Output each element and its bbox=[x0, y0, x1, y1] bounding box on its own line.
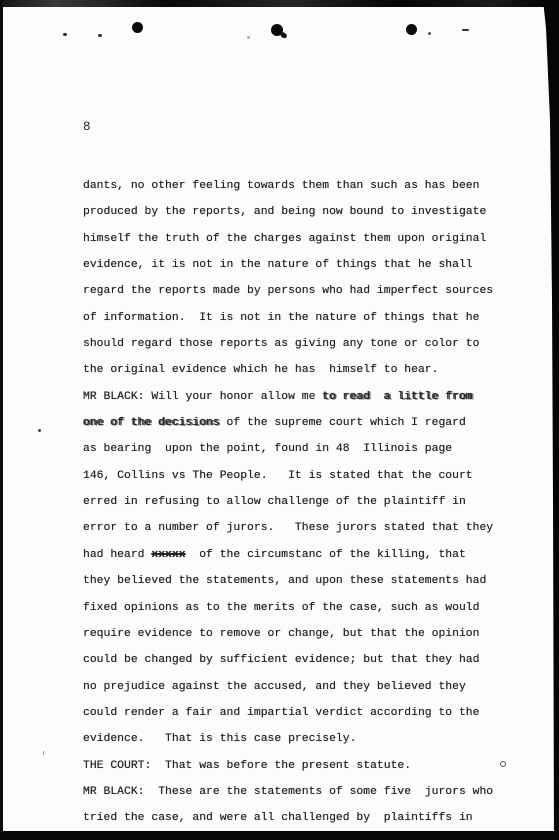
transcript-line: could render a fair and impartial verdic… bbox=[83, 700, 533, 726]
struck-out-text: xxxxx bbox=[151, 549, 185, 561]
transcript-text: 146, Collins vs The People. It is stated… bbox=[83, 470, 473, 482]
transcript-text: of the supreme court which I regard bbox=[220, 417, 466, 429]
scan-edge-left bbox=[0, 0, 3, 840]
transcript-line: fixed opinions as to the merits of the c… bbox=[83, 595, 533, 621]
punch-dot-left bbox=[132, 22, 143, 33]
transcript-line: evidence, it is not in the nature of thi… bbox=[83, 252, 533, 278]
transcript-text: dants, no other feeling towards them tha… bbox=[83, 180, 479, 192]
transcript-line: dants, no other feeling towards them tha… bbox=[83, 173, 533, 199]
transcript-lines: dants, no other feeling towards them tha… bbox=[83, 173, 533, 832]
scan-edge-top bbox=[0, 0, 559, 7]
transcript-text: had heard bbox=[83, 549, 151, 561]
transcript-line: should regard those reports as giving an… bbox=[83, 331, 533, 357]
transcript-text: regard the reports made by persons who h… bbox=[83, 285, 493, 297]
transcript-line: error to a number of jurors. These juror… bbox=[83, 515, 533, 541]
transcript-line: the original evidence which he has himse… bbox=[83, 357, 533, 383]
transcript-text: should regard those reports as giving an… bbox=[83, 338, 479, 350]
transcript-text: no prejudice against the accused, and th… bbox=[83, 681, 466, 693]
transcript-text: produced by the reports, and being now b… bbox=[83, 206, 486, 218]
transcript-line: 146, Collins vs The People. It is stated… bbox=[83, 463, 533, 489]
transcript-text: of information. It is not in the nature … bbox=[83, 312, 479, 324]
transcript-line: tried the case, and were all challenged … bbox=[83, 805, 533, 831]
transcript-line: as bearing upon the point, found in 48 I… bbox=[83, 436, 533, 462]
ink-speck bbox=[247, 36, 250, 39]
transcript-text: the original evidence which he has himse… bbox=[83, 364, 438, 376]
transcript-text: they believed the statements, and upon t… bbox=[83, 575, 486, 587]
ink-smudge-tail bbox=[280, 32, 288, 40]
transcript-text: could be changed by sufficient evidence;… bbox=[83, 654, 479, 666]
transcript-text: tried the case, and were all challenged … bbox=[83, 812, 473, 824]
ink-speck bbox=[38, 429, 41, 432]
transcript-text: MR BLACK: These are the statements of so… bbox=[83, 786, 493, 798]
transcript-text: error to a number of jurors. These juror… bbox=[83, 522, 493, 534]
transcript-text: of the circumstanc of the killing, that bbox=[186, 549, 466, 561]
transcript-text: to read a little from bbox=[322, 391, 472, 403]
transcript-text: fixed opinions as to the merits of the c… bbox=[83, 602, 479, 614]
transcript-line: himself the truth of the charges against… bbox=[83, 226, 533, 252]
ink-speck bbox=[98, 34, 102, 37]
transcript-line: MR BLACK: These are the statements of so… bbox=[83, 779, 533, 805]
transcript-text: erred in refusing to allow challenge of … bbox=[83, 496, 466, 508]
transcript-line: erred in refusing to allow challenge of … bbox=[83, 489, 533, 515]
ink-speck bbox=[428, 32, 431, 35]
scanned-transcript-page: 8 dants, no other feeling towards them t… bbox=[0, 0, 559, 840]
transcript-line: they believed the statements, and upon t… bbox=[83, 568, 533, 594]
transcript-text: MR BLACK: Will your honor allow me bbox=[83, 391, 322, 403]
transcript-line: no prejudice against the accused, and th… bbox=[83, 674, 533, 700]
page-number: 8 bbox=[83, 120, 91, 134]
ink-speck bbox=[43, 751, 44, 755]
ink-speck bbox=[63, 33, 67, 36]
transcript-line: require evidence to remove or change, bu… bbox=[83, 621, 533, 647]
transcript-text: as bearing upon the point, found in 48 I… bbox=[83, 443, 452, 455]
ink-dash bbox=[462, 29, 469, 31]
transcript-line: could be changed by sufficient evidence;… bbox=[83, 647, 533, 673]
transcript-line: had heard xxxxx of the circumstanc of th… bbox=[83, 542, 533, 568]
transcript-line: one of the decisions of the supreme cour… bbox=[83, 410, 533, 436]
scan-edge-bottom bbox=[0, 831, 559, 840]
transcript-text: THE COURT: That was before the present s… bbox=[83, 760, 411, 772]
transcript-line: MR BLACK: Will your honor allow me to re… bbox=[83, 384, 533, 410]
transcript-line: evidence. That is this case precisely. bbox=[83, 726, 533, 752]
transcript-text: one of the decisions bbox=[83, 417, 220, 429]
transcript-text: himself the truth of the charges against… bbox=[83, 233, 486, 245]
transcript-line: regard the reports made by persons who h… bbox=[83, 278, 533, 304]
transcript-line: THE COURT: That was before the present s… bbox=[83, 753, 533, 779]
transcript-text: could render a fair and impartial verdic… bbox=[83, 707, 479, 719]
transcript-line: of information. It is not in the nature … bbox=[83, 305, 533, 331]
punch-dot-right bbox=[406, 24, 417, 35]
transcript-text: evidence, it is not in the nature of thi… bbox=[83, 259, 473, 271]
transcript-text: evidence. That is this case precisely. bbox=[83, 733, 356, 745]
transcript-line: produced by the reports, and being now b… bbox=[83, 199, 533, 225]
transcript-text: require evidence to remove or change, bu… bbox=[83, 628, 479, 640]
